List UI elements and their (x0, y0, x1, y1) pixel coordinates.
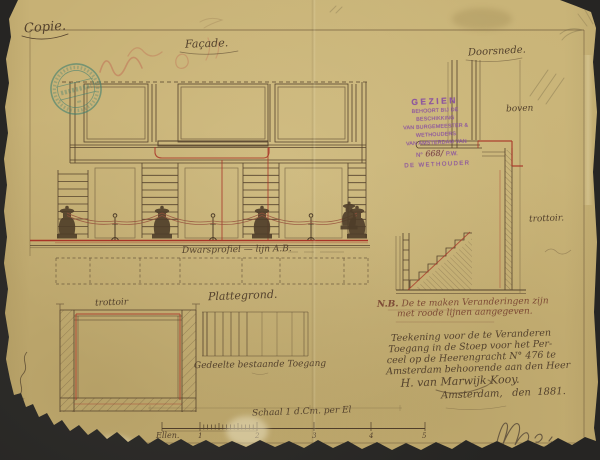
municipal-approval-stamp: GEZIEN BEHOORT BIJ DE BESCHIKKING VAN BU… (391, 93, 480, 172)
drawing-sheet: Copie. Façade. Doorsnede. boven trottoir… (0, 0, 600, 460)
elevation-red-correction-lines (30, 147, 368, 243)
stoop-bollards-and-chains (57, 206, 367, 240)
stamp-number-handwritten: 668/ (423, 149, 446, 159)
margin-annotation-scribble (16, 352, 27, 424)
pencil-signature (490, 423, 556, 449)
note-prefix: N.B. (377, 299, 402, 310)
title-line-4: Amsterdam behoorende aan den Heer (386, 360, 570, 377)
title-signature: H. van Marwijk Kooy. (400, 371, 571, 390)
stamp-number-suffix: P.W. (446, 152, 458, 159)
plan-red-correction-lines (74, 314, 182, 404)
scan-backing: Copie. Façade. Doorsnede. boven trottoir… (0, 0, 600, 460)
ghost-ink-scribbles (100, 6, 593, 104)
section-bollard (341, 202, 358, 230)
title-block: Teekening voor de te Veranderen Toegang … (391, 327, 571, 403)
foundation-dashed-lines (56, 258, 368, 284)
title-line-3: ceel op de Heerengracht N° 476 te (387, 349, 570, 366)
floor-plan-drawing (56, 304, 200, 412)
red-correction-note: N.B. De te maken Veranderingen zijn met … (377, 296, 549, 320)
round-archive-stamp (46, 59, 107, 120)
existing-entrance-plan (202, 312, 308, 356)
title-line-2: Toegang in de Stoep voor het Per- (388, 338, 569, 355)
